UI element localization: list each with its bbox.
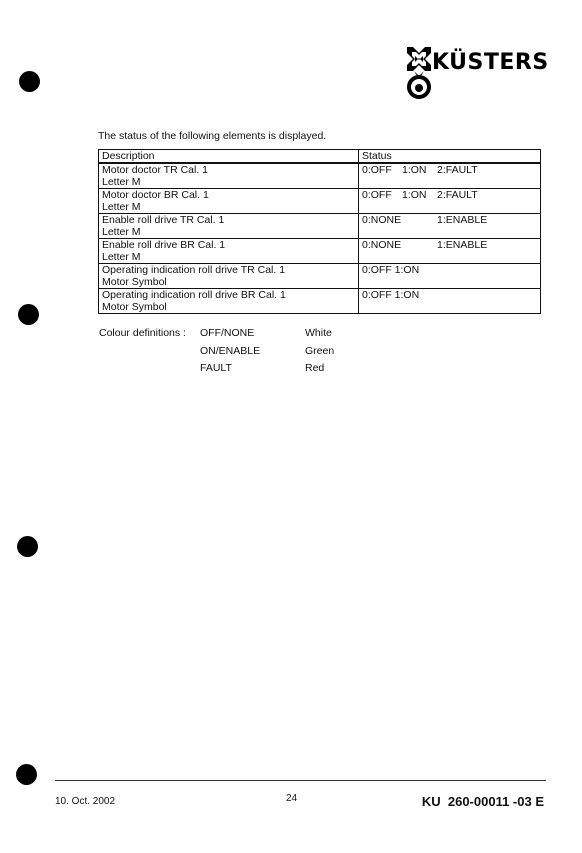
description-cell: Operating indication roll drive TR Cal. … <box>99 264 359 289</box>
column-header-status: Status <box>359 150 541 164</box>
description-cell: Enable roll drive TR Cal. 1 Letter M <box>99 214 359 239</box>
kuesters-knot-logo-icon <box>404 43 434 101</box>
status-cell: 0:NONE1:ENABLE <box>359 239 541 264</box>
table-row: Motor doctor TR Cal. 1 Letter M 0:OFF1:O… <box>99 163 541 189</box>
description-cell: Motor doctor TR Cal. 1 Letter M <box>99 163 359 189</box>
table-header-row: Description Status <box>99 150 541 164</box>
status-cell: 0:NONE1:ENABLE <box>359 214 541 239</box>
document-number: KU 260-00011 -03 E <box>422 794 544 809</box>
punch-hole <box>19 71 40 92</box>
status-cell: 0:OFF1:ON2:FAULT <box>359 189 541 214</box>
description-cell: Operating indication roll drive BR Cal. … <box>99 289 359 314</box>
table-row: Enable roll drive TR Cal. 1 Letter M 0:N… <box>99 214 541 239</box>
table-row: Motor doctor BR Cal. 1 Letter M 0:OFF1:O… <box>99 189 541 214</box>
punch-hole <box>16 764 37 785</box>
punch-hole <box>18 304 39 325</box>
footer-divider <box>55 780 546 781</box>
punch-hole <box>17 536 38 557</box>
footer-date: 10. Oct. 2002 <box>55 796 115 807</box>
status-cell: 0:OFF1:ON2:FAULT <box>359 163 541 189</box>
status-cell: 0:OFF 1:ON <box>359 264 541 289</box>
colour-definitions-label: Colour definitions : <box>99 327 186 339</box>
intro-text: The status of the following elements is … <box>98 130 326 142</box>
column-header-description: Description <box>99 150 359 164</box>
table-row: Enable roll drive BR Cal. 1 Letter M 0:N… <box>99 239 541 264</box>
brand-name: KÜSTERS <box>432 50 549 75</box>
status-cell: 0:OFF 1:ON <box>359 289 541 314</box>
description-cell: Enable roll drive BR Cal. 1 Letter M <box>99 239 359 264</box>
table-row: Operating indication roll drive BR Cal. … <box>99 289 541 314</box>
page-number: 24 <box>286 793 297 804</box>
status-table: Description Status Motor doctor TR Cal. … <box>98 149 541 314</box>
description-cell: Motor doctor BR Cal. 1 Letter M <box>99 189 359 214</box>
brand-logo: KÜSTERS <box>404 43 554 103</box>
table-row: Operating indication roll drive TR Cal. … <box>99 264 541 289</box>
